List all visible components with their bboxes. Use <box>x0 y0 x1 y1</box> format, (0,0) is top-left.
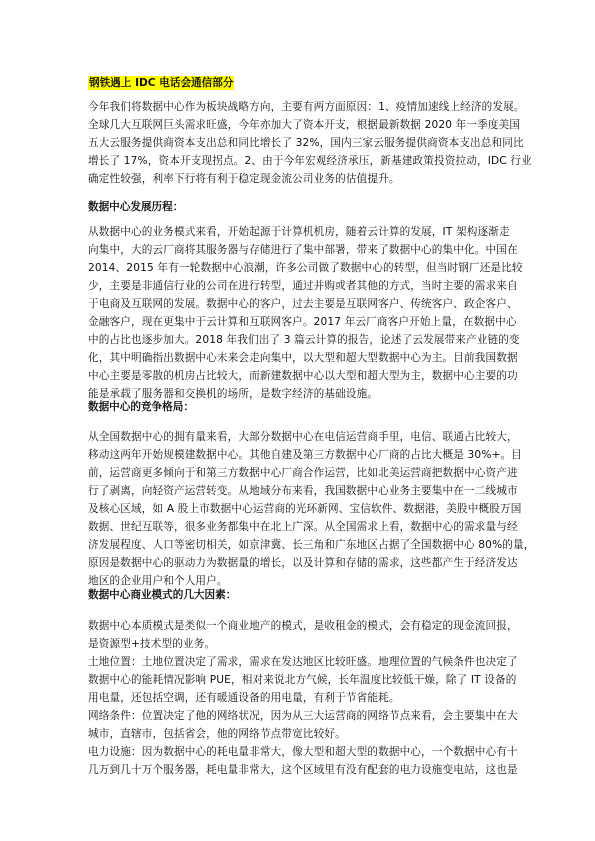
paragraph-line: 中心主要是零散的机房占比较大，而新建数据中心以大型和超大型为主，数据中心主要的功 <box>88 367 518 385</box>
section-heading: 数据中心的竞争格局： <box>88 398 518 416</box>
paragraph-line: 数据、世纪互联等，很多业务都集中在北上广深。从全国需求上看，数据中心的需求量与经 <box>88 518 518 536</box>
paragraph-line: 从数据中心的业务模式来看，开始起源于计算机机房，随着云计算的发展，IT 架构逐渐… <box>88 223 518 241</box>
paragraph-line: 金融客户，现在更集中于云计算和互联网客户。2017 年云厂商客户开始上量，在数据… <box>88 313 518 331</box>
paragraph-line: 前，运营商更多倾向于和第三方数据中心厂商合作运营，比如北美运营商把数据中心资产进 <box>88 464 518 482</box>
section-heading: 数据中心商业模式的几大因素： <box>88 586 518 604</box>
paragraph-line: 于电商及互联网的发展。数据中心的客户，过去主要是互联网客户、传统客户、政企客户、 <box>88 295 518 313</box>
paragraph-line: 济发展程度、人口等密切相关，如京津冀、长三角和广东地区占据了全国数据中心 80%… <box>88 536 518 554</box>
paragraph-line: 网络条件：位置决定了他的网络状况，因为从三大运营商的网络节点来看，会主要集中在大 <box>88 707 518 725</box>
paragraph-line: 确定性较强，利率下行将有利于稳定现金流公司业务的估值提升。 <box>88 170 518 188</box>
history-paragraph: 从数据中心的业务模式来看，开始起源于计算机机房，随着云计算的发展，IT 架构逐渐… <box>88 223 518 403</box>
section-heading-competition: 数据中心的竞争格局： <box>88 398 518 416</box>
paragraph-line: 向集中，大的云厂商将其服务器与存储进行了集中部署，带来了数据中心的集中化。中国在 <box>88 241 518 259</box>
paragraph-line: 是资源型+技术型的业务。 <box>88 635 518 653</box>
section-heading-business-model: 数据中心商业模式的几大因素： <box>88 586 518 604</box>
paragraph-line: 五大云服务提供商资本支出总和同比增长了 32%，国内三家云服务提供商资本支出总和… <box>88 134 518 152</box>
paragraph-line: 化，其中明确指出数据中心未来会走向集中，以大型和超大型数据中心为主。目前我国数据 <box>88 349 518 367</box>
paragraph-line: 从全国数据中心的拥有量来看，大部分数据中心在电信运营商手里，电信、联通占比较大， <box>88 428 518 446</box>
paragraph-line: 2014、2015 年有一轮数据中心浪潮，许多公司做了数据中心的转型，但当时钢厂… <box>88 259 518 277</box>
paragraph-line: 城市，直辖市，包括省会，他的网络节点带宽比较好。 <box>88 725 518 743</box>
paragraph-line: 原因是数据中心的驱动力为数据量的增长，以及计算和存储的需求，这些都产生于经济发达 <box>88 554 518 572</box>
paragraph-line: 土地位置：土地位置决定了需求，需求在发达地区比较旺盛。地理位置的气候条件也决定了 <box>88 653 518 671</box>
paragraph-line: 增长了 17%，资本开支现拐点。2、由于今年宏观经济承压，新基建政策投资拉动，I… <box>88 152 518 170</box>
paragraph-line: 行了剥离，向轻资产运营转变。从地域分布来看，我国数据中心业务主要集中在一二线城市 <box>88 482 518 500</box>
paragraph-line: 几万到几十万个服务器，耗电量非常大，这个区域里有没有配套的电力设施变电站，这也是 <box>88 761 518 779</box>
competition-paragraph: 从全国数据中心的拥有量来看，大部分数据中心在电信运营商手里，电信、联通占比较大，… <box>88 428 518 590</box>
business-model-paragraph: 数据中心本质模式是类似一个商业地产的模式，是收租金的模式，会有稳定的现金流回报，… <box>88 617 518 779</box>
section-heading-history: 数据中心发展历程： <box>88 198 518 216</box>
paragraph-line: 移动这两年开始规模建数据中心。其他自建及第三方数据中心厂商的占比大概是 30%+… <box>88 446 518 464</box>
paragraph-line: 中的占比也逐步加大。2018 年我们出了 3 篇云计算的报告，论述了云发展带来产… <box>88 331 518 349</box>
paragraph-line: 数据中心本质模式是类似一个商业地产的模式，是收租金的模式，会有稳定的现金流回报， <box>88 617 518 635</box>
paragraph-line: 电力设施：因为数据中心的耗电量非常大，像大型和超大型的数据中心，一个数据中心有十 <box>88 743 518 761</box>
document-title-block: 钢铁遇上 IDC 电话会通信部分 <box>88 71 518 90</box>
paragraph-line: 今年我们将数据中心作为板块战略方向，主要有两方面原因：1、疫情加速线上经济的发展… <box>88 98 518 116</box>
paragraph-line: 少，主要是非通信行业的公司在进行转型，通过并购或者其他的方式，当时主要的需求来自 <box>88 277 518 295</box>
intro-paragraph: 今年我们将数据中心作为板块战略方向，主要有两方面原因：1、疫情加速线上经济的发展… <box>88 98 518 188</box>
document-title: 钢铁遇上 IDC 电话会通信部分 <box>88 76 234 90</box>
document-page: 钢铁遇上 IDC 电话会通信部分 今年我们将数据中心作为板块战略方向，主要有两方… <box>0 0 595 841</box>
paragraph-line: 全球几大互联网巨头需求旺盛，今年亦加大了资本开支，根据最新数据 2020 年一季… <box>88 116 518 134</box>
paragraph-line: 及核心区域，如 A 股上市数据中心运营商的光环新网、宝信软件、数据港，美股中概股… <box>88 500 518 518</box>
section-heading: 数据中心发展历程： <box>88 198 518 216</box>
paragraph-line: 用电量，还包括空调，还有暖通设备的用电量，有利于节省能耗。 <box>88 689 518 707</box>
paragraph-line: 数据中心的能耗情况影响 PUE，相对来说北方气候，长年温度比较低干燥，除了 IT… <box>88 671 518 689</box>
